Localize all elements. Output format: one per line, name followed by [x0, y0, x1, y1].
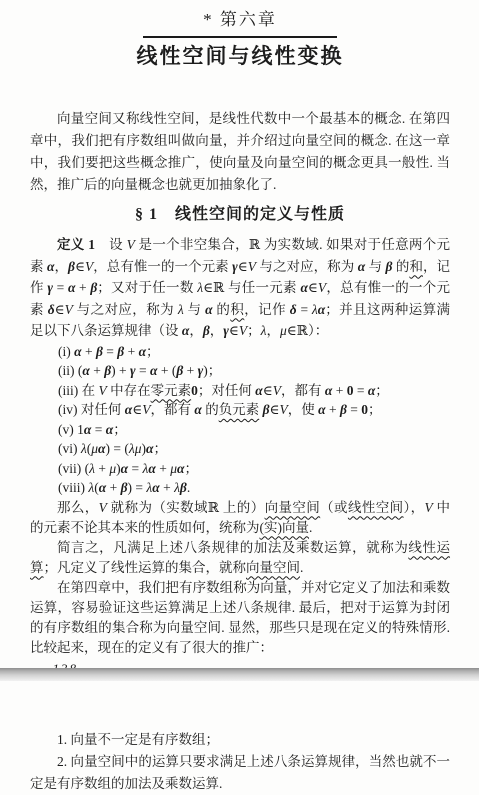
book-page-next: 1. 向量不一定是有序数组； 2. 向量空间中的运算只要求满足上述八条运算规律，…	[0, 681, 479, 795]
axiom-list: (i) α + β = β + α； (ii) (α + β) + γ = α …	[58, 342, 450, 498]
page-number: · 138 ·	[30, 661, 450, 669]
document-viewer: * 第六章 线性空间与线性变换 向量空间又称线性空间，是线性代数中一个最基本的概…	[0, 0, 479, 795]
page-separator	[0, 668, 479, 681]
axiom-item-viii: (viii) λ(α + β) = λα + λβ.	[58, 478, 450, 498]
definition-paragraph: 定义 1 设 V 是一个非空集合，ℝ 为实数域. 如果对于任意两个元素 α，β∈…	[30, 234, 450, 342]
axiom-item-iv: (iv) 对任何 α∈V，都有 α 的负元素 β∈V，使 α + β = 0；	[58, 400, 450, 420]
axiom-item-vi: (vi) λ(μα) = (λμ)α；	[58, 439, 450, 459]
note-item-1: 1. 向量不一定是有序数组；	[30, 729, 450, 751]
axiom-item-ii: (ii) (α + β) + γ = α + (β + γ)；	[58, 361, 450, 381]
book-page-138: * 第六章 线性空间与线性变换 向量空间又称线性空间，是线性代数中一个最基本的概…	[0, 0, 479, 668]
chapter-label: * 第六章	[30, 9, 450, 31]
axiom-item-iii: (iii) 在 V 中存在零元素0；对任何 α∈V，都有 α + 0 = α；	[58, 381, 450, 401]
paragraph-brief: 简言之，凡满足上述八条规律的加法及乘数运算，就称为线性运算；凡定义了线性运算的集…	[30, 538, 450, 578]
paragraph-naming: 那么，V 就称为（实数域ℝ 上的）向量空间（或线性空间），V 中的元素不论其本来…	[30, 498, 450, 538]
axiom-item-i: (i) α + β = β + α；	[58, 342, 450, 362]
paragraph-chapter4: 在第四章中，我们把有序数组称为向量，并对它定义了加法和乘数运算，容易验证这些运算…	[30, 578, 450, 658]
axiom-item-v: (v) 1α = α；	[58, 420, 450, 440]
intro-paragraph: 向量空间又称线性空间，是线性代数中一个最基本的概念. 在第四章中，我们把有序数组…	[30, 108, 450, 196]
chapter-title-rule	[143, 36, 337, 38]
axiom-item-vii: (vii) (λ + μ)α = λα + μα；	[58, 459, 450, 479]
section-heading: § 1 线性空间的定义与性质	[30, 204, 450, 226]
note-item-2: 2. 向量空间中的运算只要求满足上述八条运算规律，当然也就不一定是有序数组的加法…	[30, 751, 450, 795]
chapter-title: 线性空间与线性变换	[30, 42, 450, 70]
